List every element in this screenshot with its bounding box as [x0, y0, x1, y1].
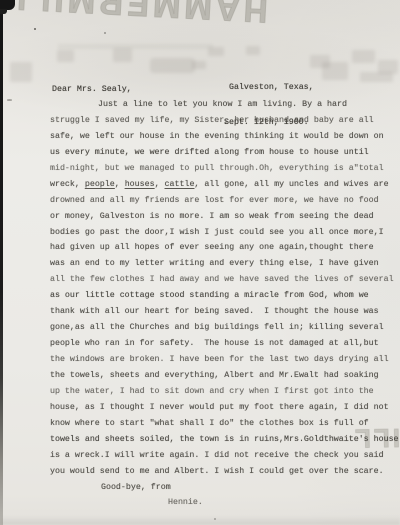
ghost-stain	[150, 58, 195, 73]
letter-line: is a wreck.I will write again. I did not…	[50, 448, 400, 464]
letter-line: bodies go past the door,I wish I just co…	[50, 225, 400, 241]
letter-line: thank with all our heart for being saved…	[50, 304, 400, 320]
letter-line: safe, we left our house in the evening t…	[50, 129, 400, 145]
paper: HAMMERMILL RMILL Galveston, Texas, Sept.…	[0, 0, 400, 525]
letter-line: was an end to my letter writing and ever…	[50, 256, 400, 272]
letter-line: struggle I saved my life, my Sister, her…	[50, 113, 400, 129]
letter-line: Just a line to let you know I am living.…	[50, 97, 400, 113]
letter-line: you would send to me and Albert. I wish …	[50, 464, 400, 480]
scan-bottom-edge	[0, 516, 400, 525]
letter-line: or money, Galveston is no more. I am so …	[50, 209, 400, 225]
signature: Hennie.	[50, 495, 400, 511]
ghost-stain	[192, 61, 206, 69]
letter-line: know where to start "what shall I do" th…	[50, 416, 400, 432]
letter-line: house, as I thought I never would put my…	[50, 400, 400, 416]
letter-line: drowned and all my friends are lost for …	[50, 193, 400, 209]
letter-line: the towels, sheets and everything, Alber…	[50, 368, 400, 384]
ink-speck	[34, 28, 36, 30]
closing-line: Good-bye, from	[50, 480, 400, 496]
ghost-stain	[208, 47, 224, 56]
ghost-stain	[58, 44, 213, 49]
letter-line: towels and sheets soiled, the town is in…	[50, 432, 400, 448]
letter-line: people who ran in for safety. The house …	[50, 336, 400, 352]
letter-line: up the water, I had to sit down and cry …	[50, 384, 400, 400]
salutation: Dear Mrs. Sealy,	[52, 85, 132, 94]
ghost-stain	[352, 50, 375, 63]
letter-line: the windows are broken. I have been for …	[50, 352, 400, 368]
ghost-stain	[113, 48, 132, 62]
letter-line: as our little cottage stood standing a m…	[50, 288, 400, 304]
letter-line: us every minute, we were drifted along f…	[50, 145, 400, 161]
watermark-text: HAMMERMILL	[0, 0, 281, 31]
ghost-stain	[246, 46, 260, 55]
ink-speck	[104, 32, 106, 34]
scan-edge	[0, 0, 3, 525]
letter-line: had given up all hopes of ever seeing an…	[50, 240, 400, 256]
letter-line: mid-night, but we managed to pull throug…	[50, 161, 400, 177]
ink-speck	[7, 99, 12, 101]
scanned-letter: { "letter": { "dateline": ["Galveston, T…	[0, 0, 400, 525]
ghost-stain	[360, 72, 393, 82]
letter-line: all the few clothes I had away and we ha…	[50, 272, 400, 288]
scan-corner-mark	[0, 9, 7, 14]
ghost-stain	[322, 62, 348, 80]
letter-line: gone,as all the Churches and big buildin…	[50, 320, 400, 336]
dateline-city: Galveston, Texas,	[224, 82, 314, 94]
letter-body: Just a line to let you know I am living.…	[50, 97, 400, 511]
ghost-stain	[10, 62, 32, 82]
ghost-stain	[57, 50, 74, 62]
letter-line: wreck, people, houses, cattle, all gone,…	[50, 177, 400, 193]
